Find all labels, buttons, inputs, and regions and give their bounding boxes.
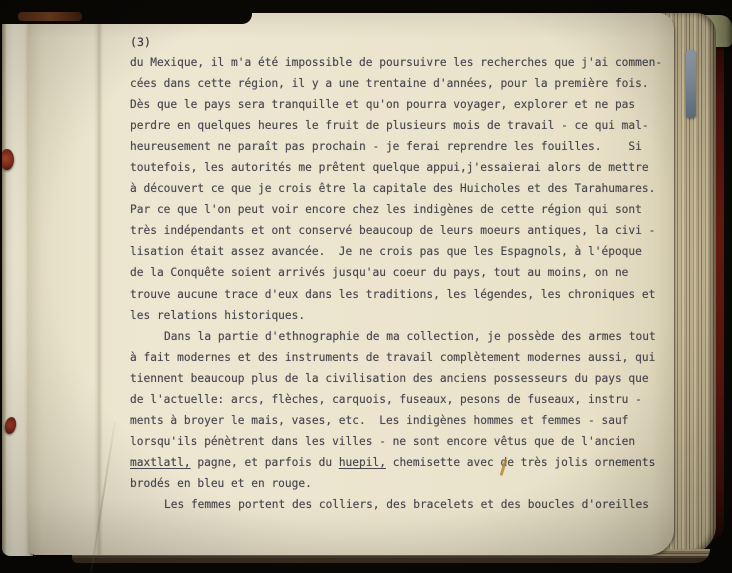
text-segment: perdre en quelques heures le fruit de pl…	[130, 119, 649, 132]
text-segment: cées dans cette région, il y a une trent…	[130, 77, 649, 90]
text-segment: trouve aucune trace d'eux dans les tradi…	[130, 288, 655, 301]
text-line: perdre en quelques heures le fruit de pl…	[130, 115, 676, 136]
text-line: tiennent beaucoup plus de la civilisatio…	[130, 368, 676, 389]
text-line: à fait modernes et des instruments de tr…	[130, 347, 676, 368]
text-segment: toutefois, les autorités me prêtent quel…	[130, 161, 649, 174]
text-line: lisation était assez avancée. Je ne croi…	[130, 241, 676, 262]
blue-page-edge	[686, 50, 696, 118]
text-line: Par ce que l'on peut voir encore chez le…	[130, 199, 676, 220]
text-line: les relations historiques.	[130, 305, 676, 326]
text-segment: de la Conquête soient arrivés jusqu'au c…	[130, 266, 628, 279]
text-line: de l'actuelle: arcs, flèches, carquois, …	[130, 389, 676, 410]
text-line: ments à broyer le mais, vases, etc. Les …	[130, 410, 676, 431]
book-scan: (3) du Mexique, il m'a été impossible de…	[0, 0, 732, 573]
text-segment: pagne, et parfois du	[191, 456, 339, 469]
text-line: de la Conquête soient arrivés jusqu'au c…	[130, 262, 676, 283]
text-line: du Mexique, il m'a été impossible de pou…	[130, 52, 676, 73]
background-left	[0, 0, 2, 573]
vertical-crease	[94, 13, 103, 555]
text-segment: ments à broyer le mais, vases, etc. Les …	[130, 414, 628, 427]
underlined-term: maxtlatl,	[130, 456, 191, 469]
text-segment: à fait modernes et des instruments de tr…	[130, 351, 655, 364]
text-segment: Par ce que l'on peut voir encore chez le…	[130, 203, 642, 216]
text-segment: les relations historiques.	[130, 309, 305, 322]
text-line: Les femmes portent des colliers, des bra…	[130, 494, 676, 515]
text-line: trouve aucune trace d'eux dans les tradi…	[130, 284, 676, 305]
page-number: (3)	[130, 32, 151, 53]
text-line: lorsqu'ils pénètrent dans les villes - n…	[130, 431, 676, 452]
text-line: brodés en bleu et en rouge.	[130, 473, 676, 494]
text-segment: tiennent beaucoup plus de la civilisatio…	[130, 372, 649, 385]
text-line: heureusement ne paraît pas prochain - je…	[130, 136, 676, 157]
text-line: à découvert ce que je crois être la capi…	[130, 178, 676, 199]
text-segment: brodés en bleu et en rouge.	[130, 477, 312, 490]
text-segment: heureusement ne paraît pas prochain - je…	[130, 140, 642, 153]
text-line: cées dans cette région, il y a une trent…	[130, 73, 676, 94]
binding-thread-knot	[0, 149, 14, 170]
text-segment: à découvert ce que je crois être la capi…	[130, 182, 655, 195]
text-segment: lorsqu'ils pénètrent dans les villes - n…	[130, 435, 635, 448]
text-line: Dans la partie d'ethnographie de ma coll…	[130, 326, 676, 347]
text-line: très indépendants et ont conservé beauco…	[130, 220, 676, 241]
text-segment: de l'actuelle: arcs, flèches, carquois, …	[130, 393, 642, 406]
text-segment: Dès que le pays sera tranquille et qu'on…	[130, 98, 635, 111]
typewritten-text: du Mexique, il m'a été impossible de pou…	[130, 52, 676, 515]
text-line: Dès que le pays sera tranquille et qu'on…	[130, 94, 676, 115]
text-line: toutefois, les autorités me prêtent quel…	[130, 157, 676, 178]
text-segment: très indépendants et ont conservé beauco…	[130, 224, 655, 237]
text-segment: Dans la partie d'ethnographie de ma coll…	[164, 330, 656, 343]
document-page: (3) du Mexique, il m'a été impossible de…	[28, 13, 674, 555]
text-segment: lisation était assez avancée. Je ne croi…	[130, 245, 642, 258]
text-segment: Les femmes portent des colliers, des bra…	[164, 498, 649, 511]
text-segment: du Mexique, il m'a été impossible de pou…	[130, 56, 662, 69]
underlined-term: huepil,	[339, 456, 386, 469]
text-line: maxtlatl, pagne, et parfois du huepil, c…	[130, 452, 676, 473]
cover-top-sliver	[18, 12, 82, 21]
text-segment: chemisette avec de très jolis ornements	[386, 456, 655, 469]
